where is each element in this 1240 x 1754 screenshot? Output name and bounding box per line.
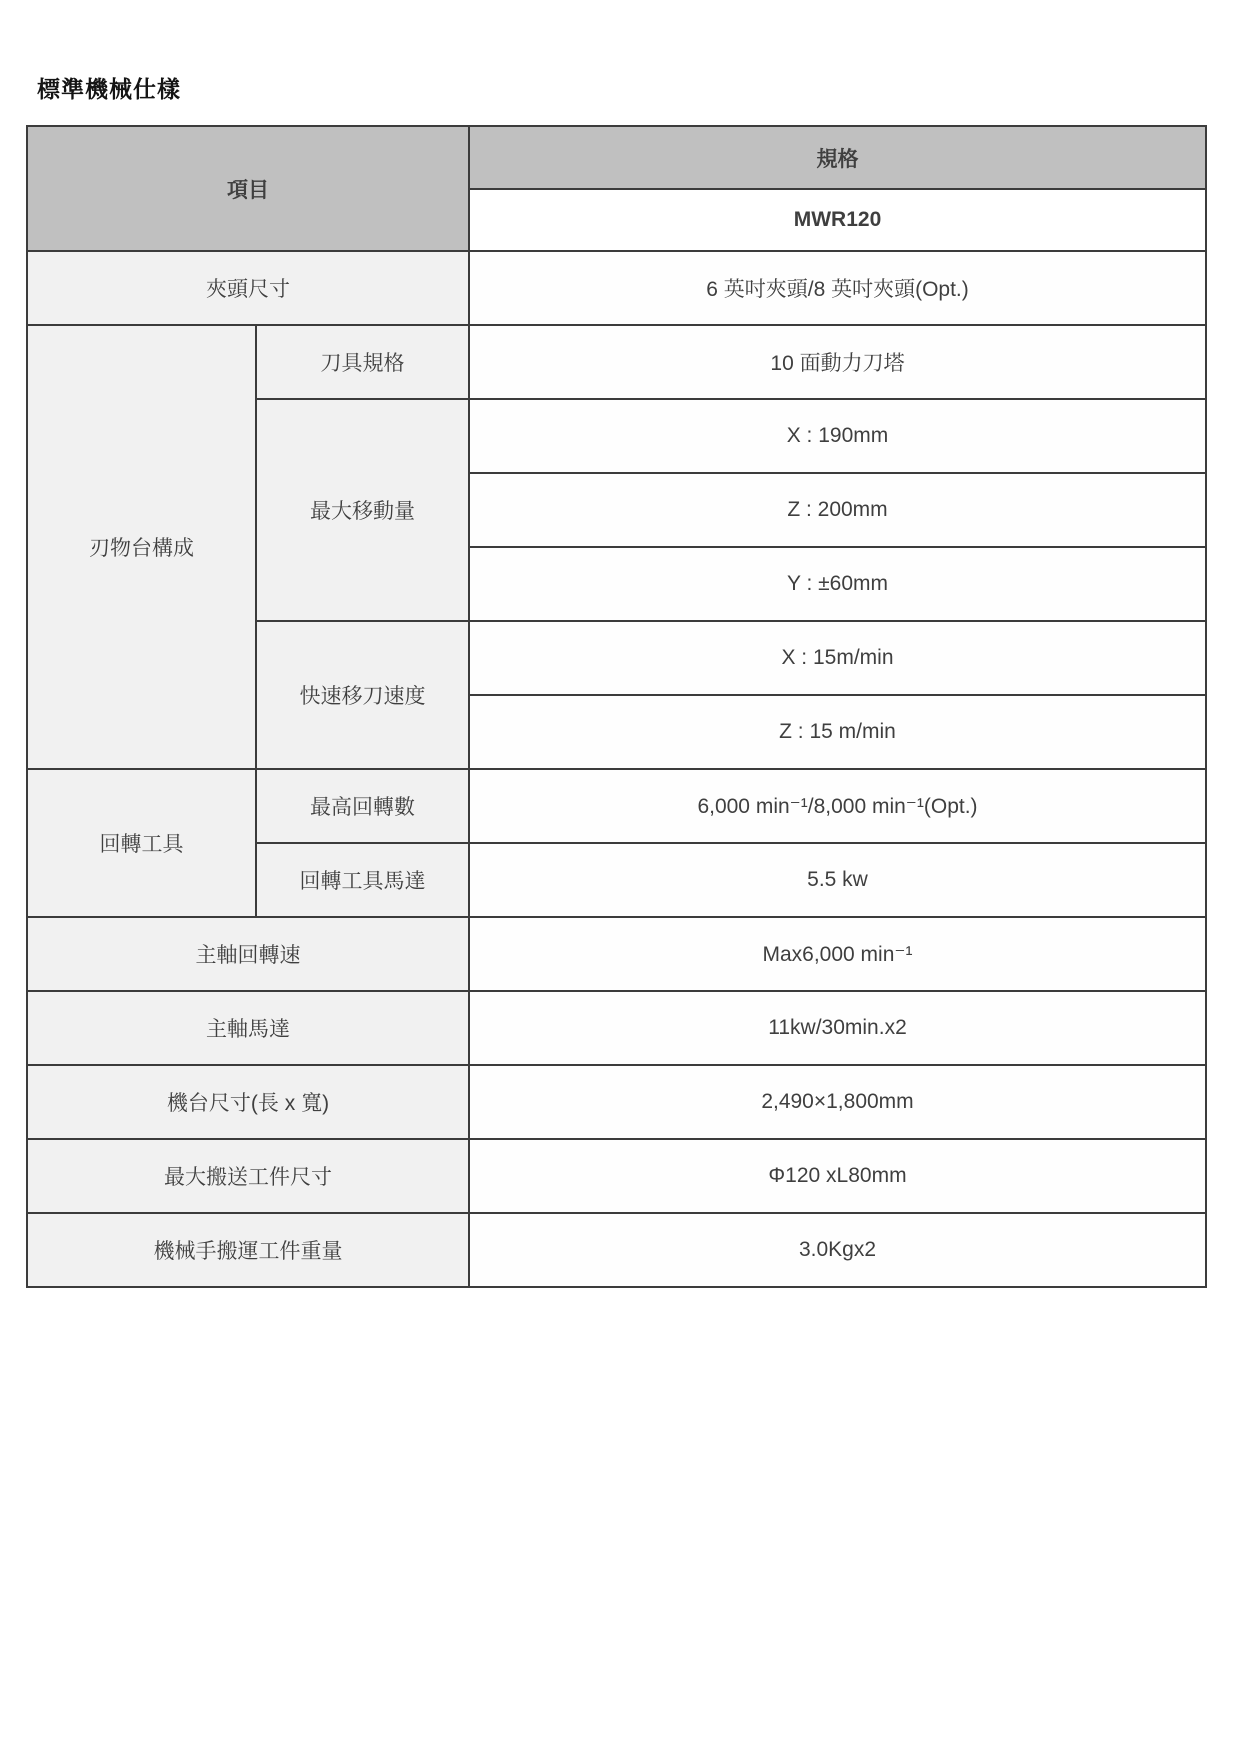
row-value-cell: Φ120 xL80mm <box>469 1139 1206 1213</box>
group-cell: 回轉工具 <box>27 769 256 917</box>
row-label-cell: 機械手搬運工件重量 <box>27 1213 469 1287</box>
header-model-cell: MWR120 <box>469 189 1206 251</box>
row-value-cell: 2,490×1,800mm <box>469 1065 1206 1139</box>
header-spec-cell: 規格 <box>469 126 1206 189</box>
row-value-cell: 6,000 min⁻¹/8,000 min⁻¹(Opt.) <box>469 769 1206 843</box>
row-label-cell: 最大移動量 <box>256 399 469 621</box>
row-label-cell: 主軸馬達 <box>27 991 469 1065</box>
row-value-cell: X : 190mm <box>469 399 1206 473</box>
row-label-cell: 最高回轉數 <box>256 769 469 843</box>
group-cell: 刃物台構成 <box>27 325 256 769</box>
row-value-cell: Z : 200mm <box>469 473 1206 547</box>
spec-table: 項目 規格 MWR120 夾頭尺寸 6 英吋夾頭/8 英吋夾頭(Opt.) 刃物… <box>26 125 1207 1288</box>
row-value-cell: 10 面動力刀塔 <box>469 325 1206 399</box>
row-value-cell: 3.0Kgx2 <box>469 1213 1206 1287</box>
row-label-cell: 回轉工具馬達 <box>256 843 469 917</box>
row-label-cell: 最大搬送工件尺寸 <box>27 1139 469 1213</box>
row-value-cell: Y : ±60mm <box>469 547 1206 621</box>
page-title: 標準機械仕樣 <box>37 71 181 104</box>
row-label-cell: 刀具規格 <box>256 325 469 399</box>
row-value-cell: Z : 15 m/min <box>469 695 1206 769</box>
header-item-cell: 項目 <box>27 126 469 251</box>
row-label-cell: 夾頭尺寸 <box>27 251 469 325</box>
row-label-cell: 機台尺寸(長 x 寬) <box>27 1065 469 1139</box>
row-value-cell: X : 15m/min <box>469 621 1206 695</box>
row-value-cell: Max6,000 min⁻¹ <box>469 917 1206 991</box>
row-value-cell: 6 英吋夾頭/8 英吋夾頭(Opt.) <box>469 251 1206 325</box>
row-value-cell: 5.5 kw <box>469 843 1206 917</box>
row-label-cell: 主軸回轉速 <box>27 917 469 991</box>
row-label-cell: 快速移刀速度 <box>256 621 469 769</box>
row-value-cell: 11kw/30min.x2 <box>469 991 1206 1065</box>
